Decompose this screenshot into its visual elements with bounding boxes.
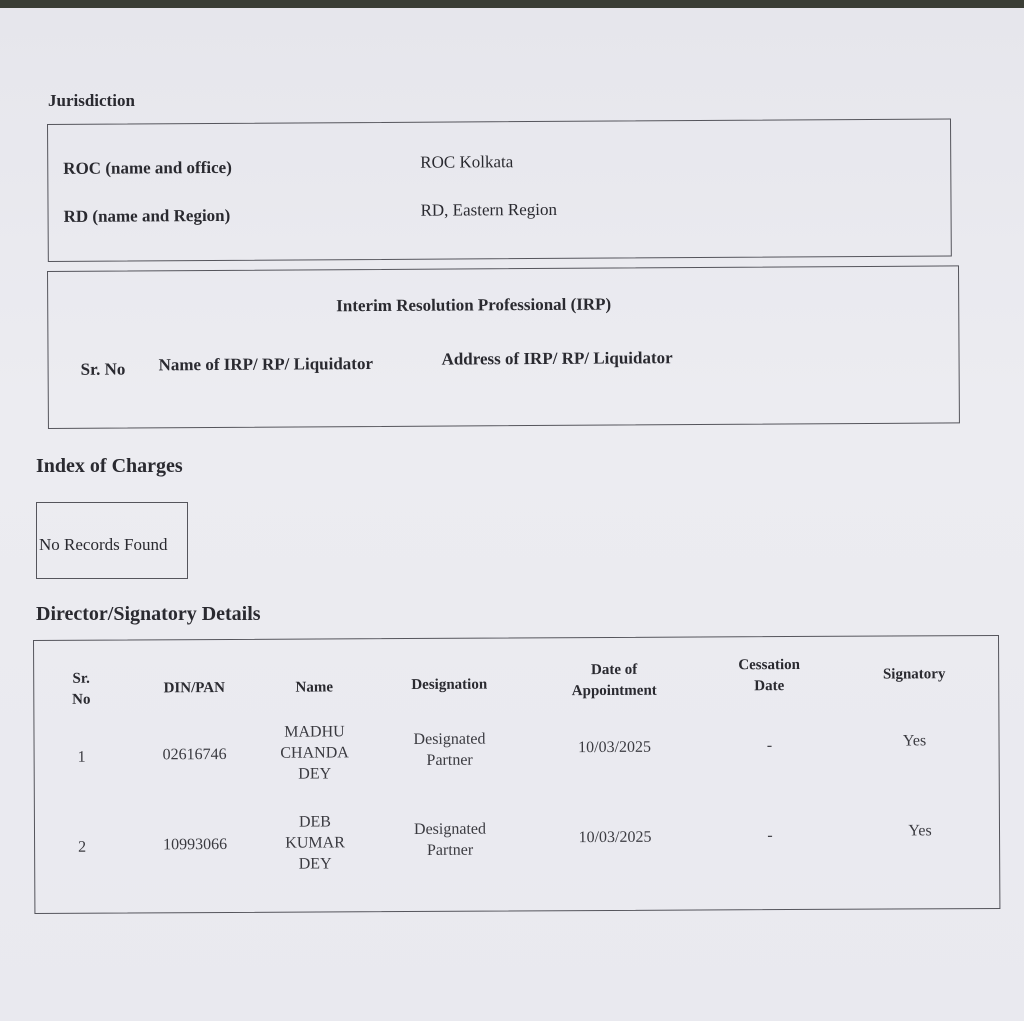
col-name: Name <box>274 677 354 698</box>
col-din: DIN/PAN <box>144 678 244 700</box>
col-designation: Designation <box>394 675 504 697</box>
row1-name: MADHU CHANDA DEY <box>264 721 364 785</box>
row1-appointment: 10/03/2025 <box>555 737 675 759</box>
col-sr: Sr. No <box>56 669 106 711</box>
row1-din: 02616746 <box>145 744 245 766</box>
row2-din: 10993066 <box>145 834 245 856</box>
irp-col-address: Address of IRP/ RP/ Liquidator <box>441 348 672 369</box>
row2-cessation: - <box>740 825 800 846</box>
col-appointment: Date of Appointment <box>554 660 674 703</box>
row2-signatory: Yes <box>880 820 960 841</box>
director-table: Sr. No DIN/PAN Name Designation Date of … <box>33 635 1000 914</box>
director-heading: Director/Signatory Details <box>36 603 261 626</box>
row1-signatory: Yes <box>874 730 954 751</box>
col-signatory: Signatory <box>864 664 964 686</box>
no-records-text: No Records Found <box>39 535 167 555</box>
row2-designation: Designated Partner <box>395 819 505 862</box>
roc-label: ROC (name and office) <box>63 158 232 179</box>
table-row: 2 10993066 DEB KUMAR DEY Designated Part… <box>34 636 998 641</box>
roc-value: ROC Kolkata <box>420 152 513 173</box>
row1-cessation: - <box>740 735 800 756</box>
row2-name: DEB KUMAR DEY <box>265 811 365 875</box>
irp-title: Interim Resolution Professional (IRP) <box>336 295 611 317</box>
rd-label: RD (name and Region) <box>64 206 231 227</box>
index-of-charges-heading: Index of Charges <box>36 455 183 478</box>
jurisdiction-box: ROC (name and office) ROC Kolkata RD (na… <box>47 118 952 262</box>
row1-sr: 1 <box>57 747 107 768</box>
irp-box: Interim Resolution Professional (IRP) Sr… <box>47 265 960 429</box>
row2-sr: 2 <box>57 837 107 858</box>
index-of-charges-box: No Records Found <box>36 502 188 579</box>
background-edge <box>0 0 1024 8</box>
jurisdiction-heading: Jurisdiction <box>48 91 135 111</box>
col-cessation: Cessation Date <box>719 655 819 698</box>
document-page: Jurisdiction ROC (name and office) ROC K… <box>0 0 1024 1021</box>
irp-col-name: Name of IRP/ RP/ Liquidator <box>159 354 374 375</box>
rd-value: RD, Eastern Region <box>420 200 557 221</box>
table-row: 1 02616746 MADHU CHANDA DEY Designated P… <box>34 636 998 641</box>
row2-appointment: 10/03/2025 <box>555 827 675 849</box>
row1-designation: Designated Partner <box>394 729 504 772</box>
irp-col-sr: Sr. No <box>81 360 126 380</box>
